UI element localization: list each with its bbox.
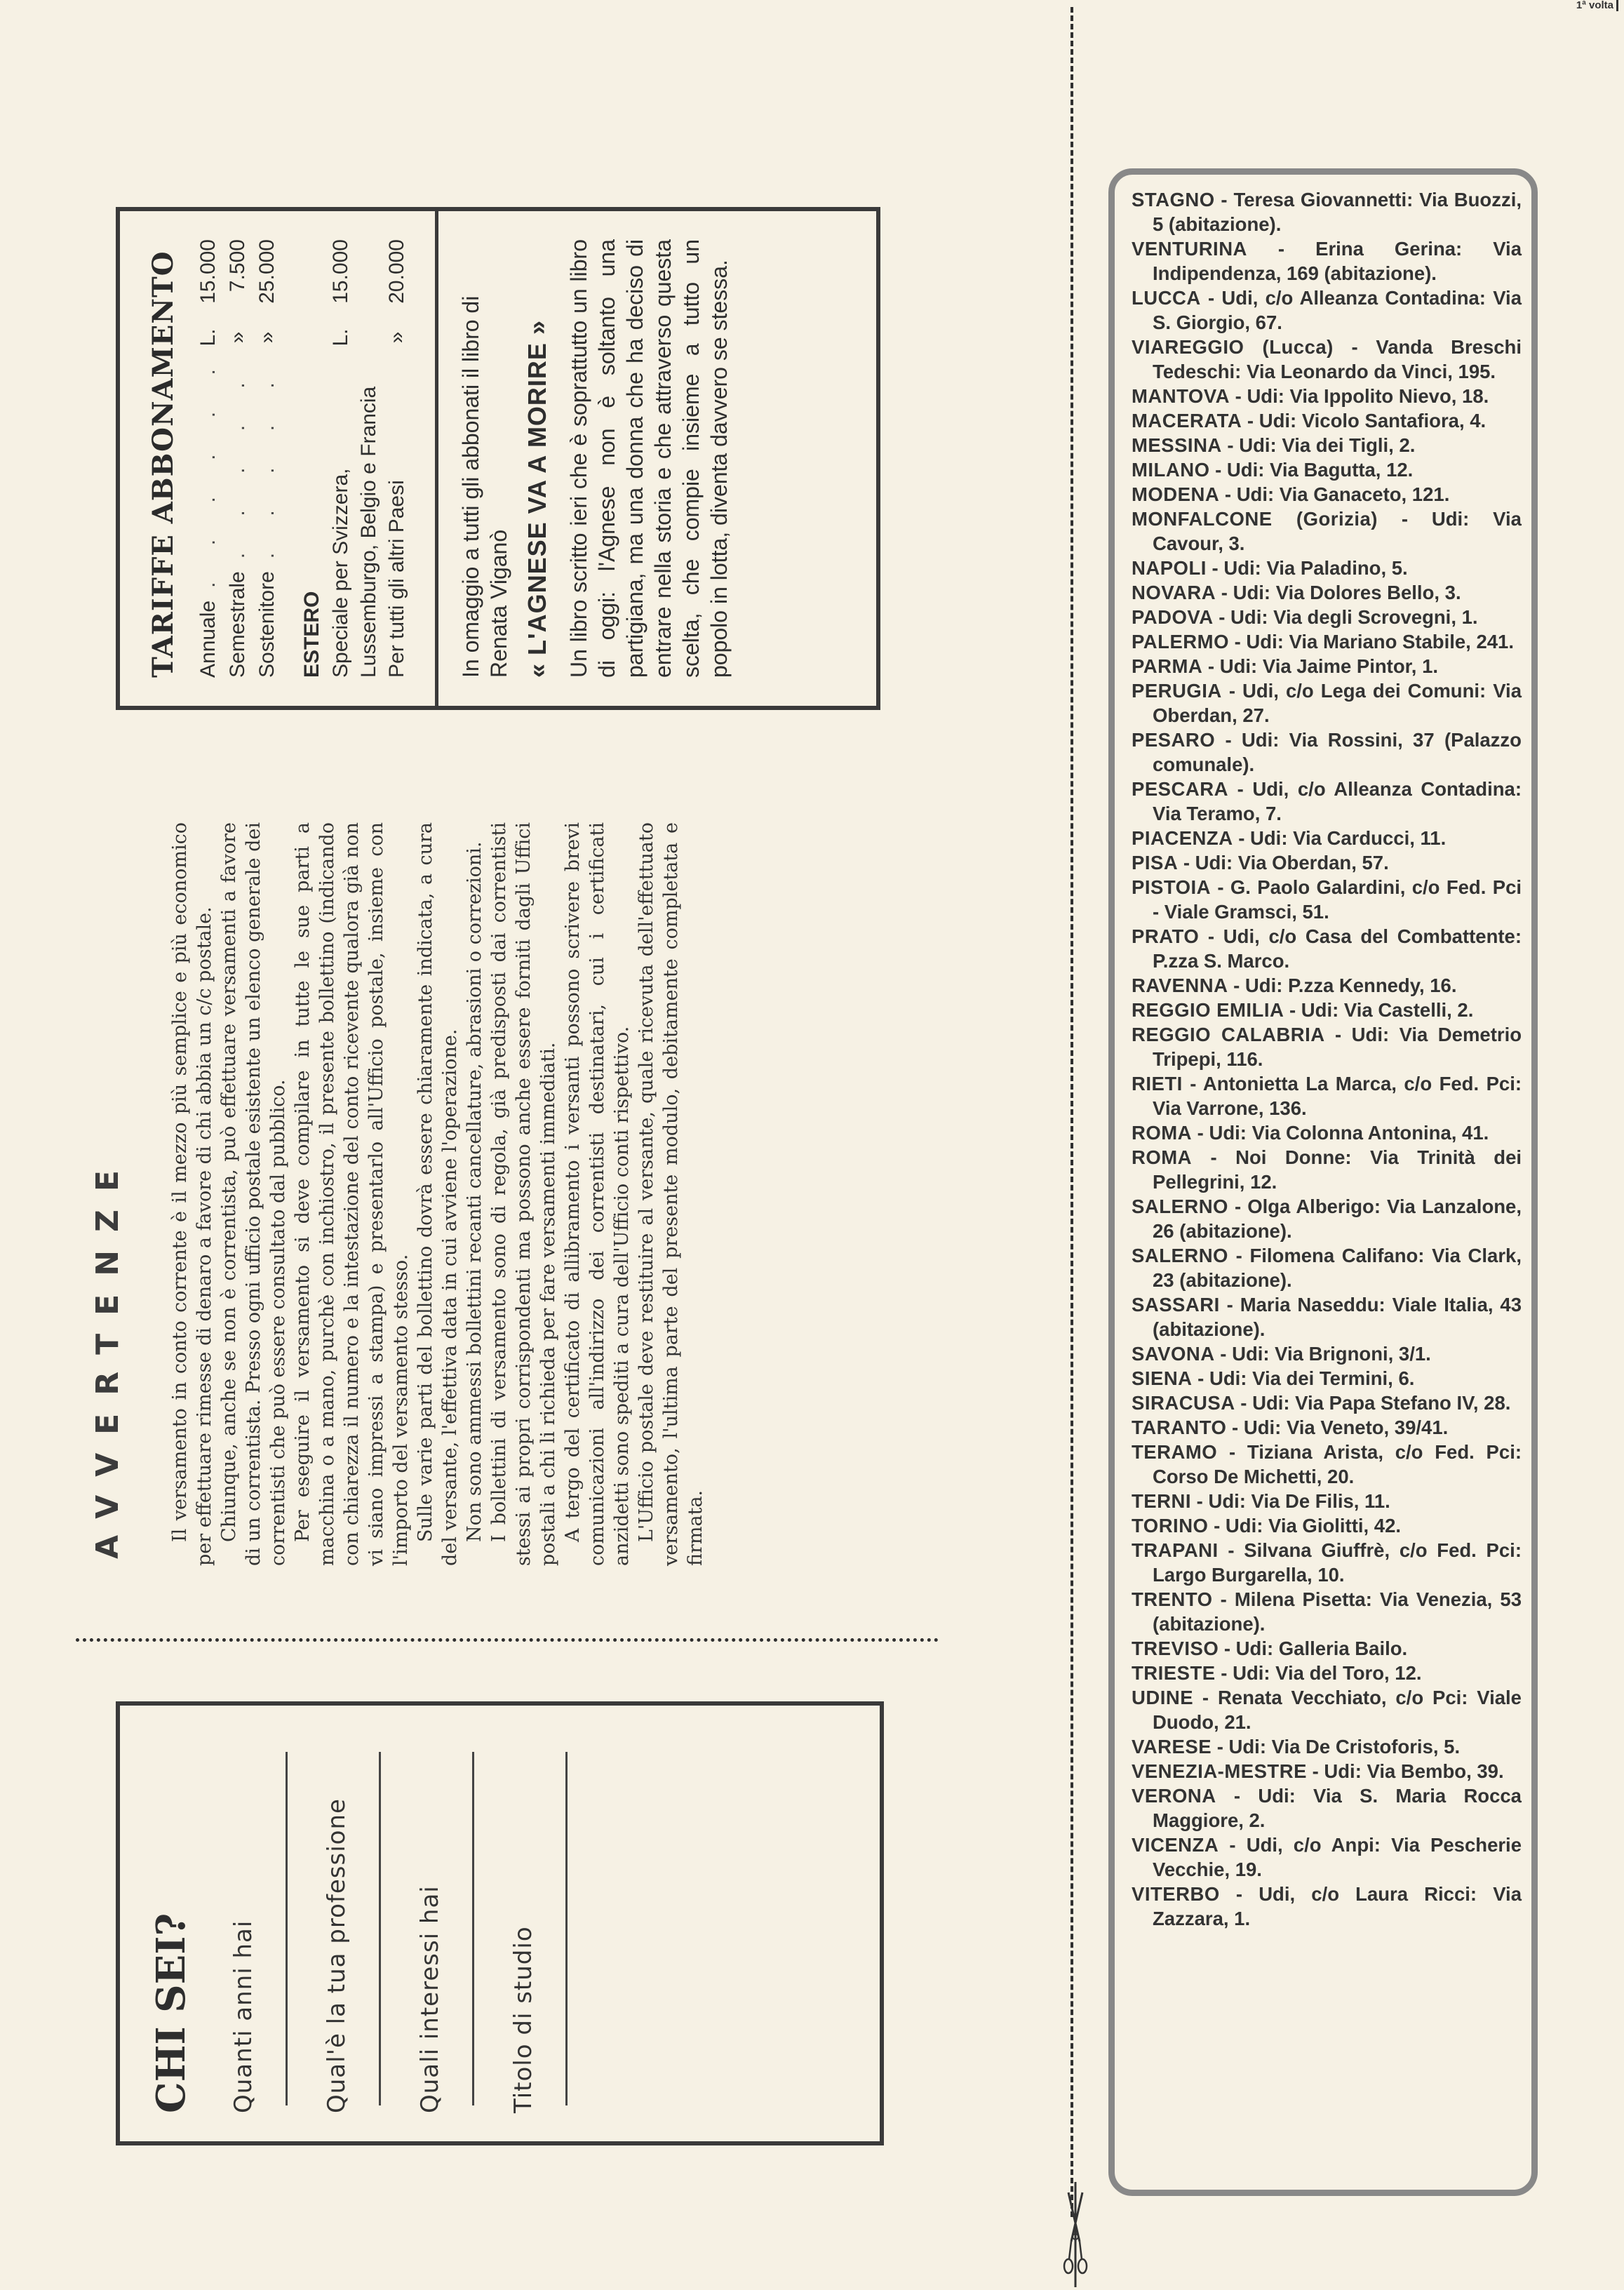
address-city: RAVENNA <box>1132 975 1228 996</box>
estero-rate-wrap: Speciale per Svizzera, Lussemburgo, Belg… <box>327 239 383 678</box>
address-city: VENEZIA-MESTRE <box>1132 1760 1307 1782</box>
address-city: NAPOLI <box>1132 557 1207 579</box>
avvertenze-section: AVVERTENZE Il versamento in conto corren… <box>76 822 897 1566</box>
address-separator: - <box>1199 925 1223 947</box>
address-city: PRATO <box>1132 925 1199 947</box>
dotted-separator <box>76 1638 939 1642</box>
address-separator: - <box>1228 1245 1249 1266</box>
address-separator: - <box>1209 459 1226 481</box>
address-entry: MANTOVA - Udi: Via Ippolito Nievo, 18. <box>1132 384 1522 408</box>
rate-value: 15.000 <box>194 239 223 323</box>
rate-currency: L. <box>194 323 223 351</box>
address-city: NOVARA <box>1132 582 1216 603</box>
address-entry: PIACENZA - Udi: Via Carducci, 11. <box>1132 826 1522 850</box>
address-city: PIACENZA <box>1132 827 1233 849</box>
address-city: TRIESTE <box>1132 1662 1216 1684</box>
rate-currency: L. <box>327 323 383 351</box>
address-text: Udi: Via del Toro, 12. <box>1233 1662 1421 1684</box>
gift-text: In omaggio a tutti gli abbonati il libro… <box>457 239 513 678</box>
address-entry: VICENZA - Udi, c/o Anpi: Via Pescherie V… <box>1132 1833 1522 1882</box>
address-text: Udi: Via Bembo, 39. <box>1324 1760 1503 1782</box>
address-separator: - <box>1191 1490 1208 1512</box>
rate-label: Semestrale <box>223 571 253 678</box>
address-separator: - <box>1242 410 1259 431</box>
address-entry: VERONA - Udi: Via S. Maria Rocca Maggior… <box>1132 1783 1522 1833</box>
avvertenze-title: AVVERTENZE <box>90 822 126 1566</box>
answer-field[interactable] <box>379 1752 381 2105</box>
rate-label: Speciale per Svizzera, Lussemburgo, Belg… <box>327 351 383 678</box>
avvertenze-paragraph: I bollettini di versamento sono di regol… <box>487 822 561 1566</box>
address-city: PISA <box>1132 852 1178 873</box>
address-city: SALERNO <box>1132 1196 1228 1217</box>
rate-row: Semestrale. . . . . . . . . .»7.500 <box>223 239 253 678</box>
address-entry: STAGNO - Teresa Giovannetti: Via Buozzi,… <box>1132 187 1522 236</box>
address-separator: - <box>1192 1122 1209 1144</box>
address-entry: MACERATA - Udi: Vicolo Santafiora, 4. <box>1132 408 1522 433</box>
address-city: MANTOVA <box>1132 385 1230 407</box>
address-city: REGGIO CALABRIA <box>1132 1024 1325 1045</box>
address-city: PISTOIA <box>1132 876 1211 898</box>
address-entry: TORINO - Udi: Via Giolitti, 42. <box>1132 1513 1522 1538</box>
address-city: STAGNO <box>1132 189 1215 210</box>
address-text: Udi: Via Mariano Stabile, 241. <box>1246 631 1514 652</box>
address-city: TERNI <box>1132 1490 1191 1512</box>
address-text: Udi: Galleria Bailo. <box>1236 1638 1408 1659</box>
address-text: Udi: Via Colonna Antonina, 41. <box>1209 1122 1489 1144</box>
address-entry: VENTURINA - Erina Gerina: Via Indipenden… <box>1132 236 1522 286</box>
address-city: MESSINA <box>1132 434 1222 456</box>
address-entry: SALERNO - Olga Alberigo: Via Lanzalone, … <box>1132 1194 1522 1243</box>
question-label: Qual'è la tua professione <box>323 1741 351 2113</box>
address-separator: - <box>1208 1515 1225 1536</box>
address-separator: - <box>1226 1417 1243 1438</box>
address-entry: NAPOLI - Udi: Via Paladino, 5. <box>1132 556 1522 580</box>
address-separator: - <box>1219 1638 1235 1659</box>
address-text: Udi: Via Dolores Bello, 3. <box>1233 582 1461 603</box>
address-entry: REGGIO EMILIA - Udi: Via Castelli, 2. <box>1132 998 1522 1022</box>
address-city: ROMA <box>1132 1122 1192 1144</box>
rate-value: 25.000 <box>253 239 282 323</box>
question-label: Titolo di studio <box>509 1741 537 2113</box>
address-text: Udi: Via Papa Stefano IV, 28. <box>1252 1392 1510 1414</box>
address-separator: - <box>1193 1687 1218 1708</box>
rate-row: Sostenitore. . . . . . . . . .»25.000 <box>253 239 282 678</box>
estero-rates-list: Speciale per Svizzera, Lussemburgo, Belg… <box>327 239 411 678</box>
address-separator: - <box>1216 1785 1259 1807</box>
address-city: MILANO <box>1132 459 1209 481</box>
address-entry: TREVISO - Udi: Galleria Bailo. <box>1132 1636 1522 1661</box>
avvertenze-paragraph: L'Ufficio postale deve restituire al ver… <box>634 822 708 1566</box>
address-city: PERUGIA <box>1132 680 1222 702</box>
avvertenze-paragraph: Per eseguire il versamento si deve compi… <box>290 822 413 1566</box>
address-city: TRAPANI <box>1132 1539 1219 1561</box>
address-separator: - <box>1378 508 1432 530</box>
address-entry: SALERNO - Filomena Califano: Via Clark, … <box>1132 1243 1522 1292</box>
address-city: SALERNO <box>1132 1245 1228 1266</box>
address-entry: ROMA - Udi: Via Colonna Antonina, 41. <box>1132 1120 1522 1145</box>
rate-row: Annuale. . . . . . . . . .L.15.000 <box>194 239 223 678</box>
leader-dots: . . . . . . . . . . <box>253 351 282 571</box>
address-city: SAVONA <box>1132 1343 1215 1365</box>
rates-title: TARIFFE ABBONAMENTO <box>147 239 180 678</box>
address-entry: VENEZIA-MESTRE - Udi: Via Bembo, 39. <box>1132 1759 1522 1783</box>
address-separator: - <box>1178 852 1195 873</box>
address-text: Udi: Via Giolitti, 42. <box>1226 1515 1401 1536</box>
address-city: UDINE <box>1132 1687 1193 1708</box>
address-entry: PESCARA - Udi, c/o Alleanza Contadina: V… <box>1132 777 1522 826</box>
address-separator: - <box>1216 582 1233 603</box>
address-separator: - <box>1222 434 1239 456</box>
address-entry: MESSINA - Udi: Via dei Tigli, 2. <box>1132 433 1522 457</box>
question-row: Titolo di studio <box>509 1741 568 2113</box>
rate-currency: » <box>383 323 411 351</box>
address-city: VERONA <box>1132 1785 1216 1807</box>
address-text: Antonietta La Marca, c/o Fed. Pci: Via V… <box>1153 1073 1522 1119</box>
address-entry: PARMA - Udi: Via Jaime Pintor, 1. <box>1132 654 1522 678</box>
rate-label: Annuale <box>194 601 223 678</box>
address-separator: - <box>1307 1760 1324 1782</box>
address-separator: - <box>1220 1294 1240 1315</box>
address-entry: ROMA - Noi Donne: Via Trinità dei Pelleg… <box>1132 1145 1522 1194</box>
address-entry: PISTOIA - G. Paolo Galardini, c/o Fed. P… <box>1132 875 1522 924</box>
address-city: SASSARI <box>1132 1294 1220 1315</box>
address-entry: PESARO - Udi: Via Rossini, 37 (Palazzo c… <box>1132 728 1522 777</box>
address-separator: - <box>1229 631 1246 652</box>
address-city: SIRACUSA <box>1132 1392 1235 1414</box>
answer-field[interactable] <box>565 1752 568 2105</box>
address-entry: VITERBO - Udi, c/o Laura Ricci: Via Zazz… <box>1132 1882 1522 1931</box>
address-entry: PALERMO - Udi: Via Mariano Stabile, 241. <box>1132 629 1522 654</box>
avvertenze-paragraph: A tergo del certificato di allibramento … <box>561 822 634 1566</box>
address-separator: - <box>1201 287 1222 309</box>
address-entry: SAVONA - Udi: Via Brignoni, 3/1. <box>1132 1341 1522 1366</box>
address-city: PADOVA <box>1132 606 1214 628</box>
address-separator: - <box>1228 975 1244 996</box>
subscription-rates-box: TARIFFE ABBONAMENTO Annuale. . . . . . .… <box>116 207 880 710</box>
address-separator: - <box>1216 1662 1233 1684</box>
address-separator: - <box>1212 1736 1228 1757</box>
avvertenze-paragraph: Non sono ammessi bollettini recanti canc… <box>462 822 487 1566</box>
address-entry: TERAMO - Tiziana Arista, c/o Fed. Pci: C… <box>1132 1440 1522 1489</box>
address-city: VARESE <box>1132 1736 1212 1757</box>
estero-heading: ESTERO <box>297 239 327 678</box>
rate-label: Sostenitore <box>253 571 282 678</box>
page-corner-label: 1ª volta <box>1576 0 1618 11</box>
answer-field[interactable] <box>286 1752 288 2105</box>
address-separator: - <box>1193 1367 1209 1389</box>
answer-field[interactable] <box>472 1752 474 2105</box>
address-city: LUCCA <box>1132 287 1201 309</box>
address-city: MODENA <box>1132 483 1219 505</box>
address-entry: VIAREGGIO (Lucca) - Vanda Breschi Tedesc… <box>1132 335 1522 384</box>
address-city: TORINO <box>1132 1515 1208 1536</box>
address-text: Udi: Via Ganaceto, 121. <box>1237 483 1450 505</box>
rate-currency: » <box>253 323 282 351</box>
address-entry: PERUGIA - Udi, c/o Lega dei Comuni: Via … <box>1132 678 1522 728</box>
address-separator: - <box>1183 1073 1203 1094</box>
address-city: TARANTO <box>1132 1417 1226 1438</box>
address-entry: MONFALCONE (Gorizia) - Udi: Via Cavour, … <box>1132 507 1522 556</box>
address-separator: - <box>1215 189 1234 210</box>
estero-rate-row: Per tutti gli altri Paesi»20.000 <box>383 239 411 678</box>
address-text: Udi: Via De Cristoforis, 5. <box>1229 1736 1461 1757</box>
address-entry: TARANTO - Udi: Via Veneto, 39/41. <box>1132 1415 1522 1440</box>
estero-rate-row: Speciale per Svizzera, Lussemburgo, Belg… <box>327 239 383 678</box>
leader-dots: . . . . . . . . . . <box>223 351 253 571</box>
address-city: MONFALCONE (Gorizia) <box>1132 508 1378 530</box>
address-city: VIAREGGIO (Lucca) <box>1132 336 1334 358</box>
address-separator: - <box>1334 336 1376 358</box>
address-entry: NOVARA - Udi: Via Dolores Bello, 3. <box>1132 580 1522 605</box>
avvertenze-body: Il versamento in conto corrente è il mez… <box>168 822 708 1566</box>
address-entry: TRAPANI - Silvana Giuffrè, c/o Fed. Pci:… <box>1132 1538 1522 1587</box>
rate-value: 7.500 <box>223 239 253 323</box>
udi-address-list: STAGNO - Teresa Giovannetti: Via Buozzi,… <box>1108 168 1538 2196</box>
chi-sei-title: CHI SEI? <box>148 1741 194 2113</box>
address-separator: - <box>1214 606 1230 628</box>
avvertenze-paragraph: Sulle varie parti del bollettino dovrà e… <box>413 822 462 1566</box>
question-label: Quali interessi hai <box>416 1741 444 2113</box>
question-row: Qual'è la tua professione <box>323 1741 381 2113</box>
address-separator: - <box>1215 1343 1232 1365</box>
rate-label: Per tutti gli altri Paesi <box>383 351 411 678</box>
address-text: Udi: Via dei Termini, 6. <box>1209 1367 1414 1389</box>
address-separator: - <box>1233 827 1250 849</box>
rate-value: 20.000 <box>383 239 411 323</box>
address-separator: - <box>1213 1588 1235 1610</box>
address-separator: - <box>1284 999 1301 1021</box>
question-row: Quali interessi hai <box>416 1741 474 2113</box>
address-city: ROMA <box>1132 1146 1192 1168</box>
address-city: VITERBO <box>1132 1883 1220 1905</box>
address-entry: RIETI - Antonietta La Marca, c/o Fed. Pc… <box>1132 1071 1522 1120</box>
address-separator: - <box>1235 1392 1252 1414</box>
scissors-icon <box>1063 2182 1088 2287</box>
address-city: TRENTO <box>1132 1588 1213 1610</box>
address-separator: - <box>1219 483 1236 505</box>
address-city: TREVISO <box>1132 1638 1219 1659</box>
rate-value: 15.000 <box>327 239 383 323</box>
address-separator: - <box>1211 876 1230 898</box>
address-text: Udi: Via Carducci, 11. <box>1250 827 1446 849</box>
address-entry: LUCCA - Udi, c/o Alleanza Contadina: Via… <box>1132 286 1522 335</box>
rate-currency: » <box>223 323 253 351</box>
address-separator: - <box>1230 385 1247 407</box>
chi-sei-questions: Quanti anni haiQual'è la tua professione… <box>229 1741 568 2113</box>
chi-sei-form: CHI SEI? Quanti anni haiQual'è la tua pr… <box>116 1701 884 2145</box>
address-city: SIENA <box>1132 1367 1193 1389</box>
address-text: Udi: Vicolo Santafiora, 4. <box>1259 410 1486 431</box>
rates-list: Annuale. . . . . . . . . .L.15.000Semest… <box>194 239 282 678</box>
address-city: TERAMO <box>1132 1441 1217 1463</box>
address-separator: - <box>1228 1196 1247 1217</box>
question-label: Quanti anni hai <box>229 1741 257 2113</box>
address-separator: - <box>1228 778 1252 800</box>
address-text: Udi: Via Ippolito Nievo, 18. <box>1247 385 1489 407</box>
address-city: VENTURINA <box>1132 238 1247 260</box>
avvertenze-paragraph: Il versamento in conto corrente è il mez… <box>168 822 217 1566</box>
rates-divider <box>435 211 438 706</box>
address-separator: - <box>1192 1146 1235 1168</box>
vertical-cut-line <box>1071 7 1073 2217</box>
address-separator: - <box>1325 1024 1352 1045</box>
address-entry: SIRACUSA - Udi: Via Papa Stefano IV, 28. <box>1132 1391 1522 1415</box>
address-text: Udi: Via dei Tigli, 2. <box>1239 434 1415 456</box>
address-separator: - <box>1202 655 1219 677</box>
address-city: PALERMO <box>1132 631 1229 652</box>
address-entry: TERNI - Udi: Via De Filis, 11. <box>1132 1489 1522 1513</box>
address-text: Udi: P.zza Kennedy, 16. <box>1245 975 1457 996</box>
address-entry: SASSARI - Maria Naseddu: Viale Italia, 4… <box>1132 1292 1522 1341</box>
address-entry: UDINE - Renata Vecchiato, c/o Pci: Viale… <box>1132 1685 1522 1734</box>
address-entry: TRIESTE - Udi: Via del Toro, 12. <box>1132 1661 1522 1685</box>
book-description: Un libro scritto ieri che è soprattutto … <box>565 239 733 678</box>
address-text: Udi: Via Oberdan, 57. <box>1195 852 1389 873</box>
address-separator: - <box>1219 1834 1247 1856</box>
address-city: MACERATA <box>1132 410 1242 431</box>
address-separator: - <box>1215 729 1242 751</box>
address-entry: PRATO - Udi, c/o Casa del Combattente: P… <box>1132 924 1522 973</box>
address-separator: - <box>1219 1539 1244 1561</box>
address-entry: SIENA - Udi: Via dei Termini, 6. <box>1132 1366 1522 1391</box>
address-entry: PADOVA - Udi: Via degli Scrovegni, 1. <box>1132 605 1522 629</box>
address-entry: TRENTO - Milena Pisetta: Via Venezia, 53… <box>1132 1587 1522 1636</box>
address-separator: - <box>1217 1441 1247 1463</box>
address-entry: VARESE - Udi: Via De Cristoforis, 5. <box>1132 1734 1522 1759</box>
avvertenze-paragraph: Chiunque, anche se non è correntista, pu… <box>217 822 290 1566</box>
address-separator: - <box>1220 1883 1259 1905</box>
address-text: Udi: Via Castelli, 2. <box>1301 999 1474 1021</box>
book-title: « L'AGNESE VA A MORIRE » <box>523 239 552 678</box>
address-entry: MILANO - Udi: Via Bagutta, 12. <box>1132 457 1522 482</box>
address-entry: PISA - Udi: Via Oberdan, 57. <box>1132 850 1522 875</box>
address-text: Udi: Via Bagutta, 12. <box>1227 459 1413 481</box>
address-text: Udi: Via Jaime Pintor, 1. <box>1220 655 1438 677</box>
address-city: PESARO <box>1132 729 1215 751</box>
address-entry: MODENA - Udi: Via Ganaceto, 121. <box>1132 482 1522 507</box>
address-city: VICENZA <box>1132 1834 1219 1856</box>
address-entry: REGGIO CALABRIA - Udi: Via Demetrio Trip… <box>1132 1022 1522 1071</box>
address-city: PARMA <box>1132 655 1202 677</box>
address-text: Udi: Via De Filis, 11. <box>1208 1490 1390 1512</box>
address-text: Udi: Via degli Scrovegni, 1. <box>1230 606 1478 628</box>
address-city: RIETI <box>1132 1073 1183 1094</box>
address-separator: - <box>1207 557 1223 579</box>
estero-rate-wrap: Per tutti gli altri Paesi»20.000 <box>383 239 411 678</box>
address-text: Udi: Via Veneto, 39/41. <box>1244 1417 1448 1438</box>
question-row: Quanti anni hai <box>229 1741 288 2113</box>
leader-dots: . . . . . . . . . . <box>194 351 223 601</box>
address-entry: RAVENNA - Udi: P.zza Kennedy, 16. <box>1132 973 1522 998</box>
address-city: PESCARA <box>1132 778 1228 800</box>
address-separator: - <box>1222 680 1242 702</box>
address-text: Udi: Via Paladino, 5. <box>1223 557 1407 579</box>
address-separator: - <box>1247 238 1315 260</box>
address-city: REGGIO EMILIA <box>1132 999 1284 1021</box>
address-text: Udi: Via Brignoni, 3/1. <box>1232 1343 1431 1365</box>
